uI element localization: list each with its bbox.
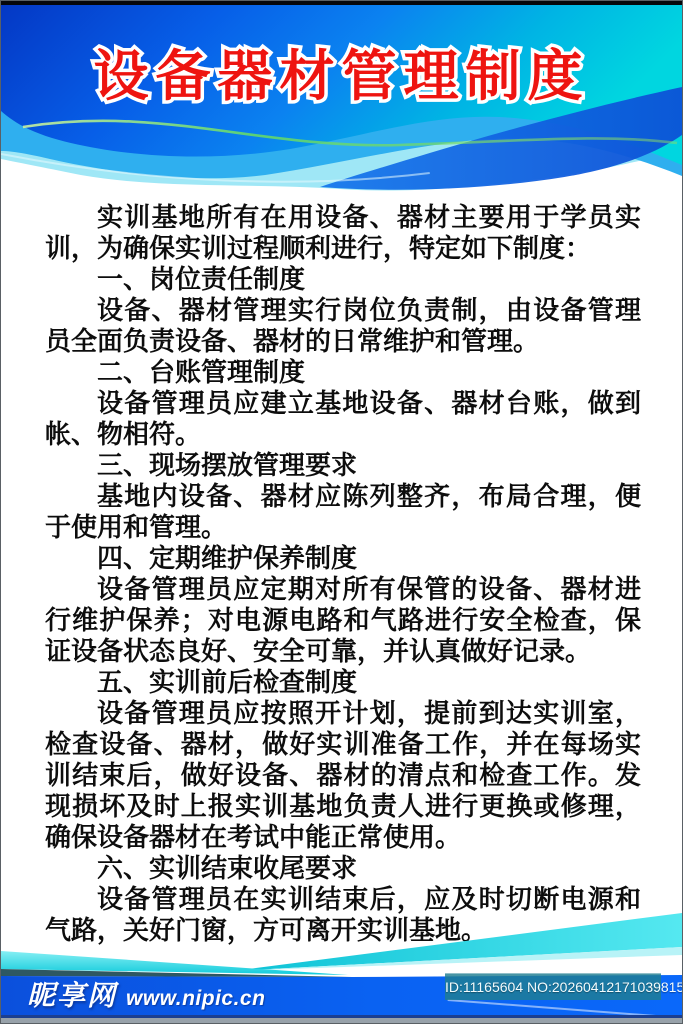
section-2-heading: 二、台账管理制度: [45, 357, 641, 388]
poster-header: 设备器材管理制度 设备器材管理制度: [1, 1, 682, 201]
section-6-heading: 六、实训结束收尾要求: [45, 853, 641, 884]
section-1-heading: 一、岗位责任制度: [45, 264, 641, 295]
watermark: 昵享网 www.nipic.cn: [27, 974, 265, 1008]
section-3-heading: 三、现场摆放管理要求: [45, 450, 641, 481]
section-5-text: 设备管理员应按照开计划，提前到达实训室，检查设备、器材，做好实训准备工作，并在每…: [45, 698, 641, 853]
section-2-text: 设备管理员应建立基地设备、器材台账，做到帐、物相符。: [45, 388, 641, 450]
page-title: 设备器材管理制度 设备器材管理制度: [1, 41, 682, 117]
poster-footer: 昵享网 www.nipic.cn ID:11165604 NO:20260412…: [1, 899, 682, 1023]
section-4-heading: 四、定期维护保养制度: [45, 543, 641, 574]
poster-root: 设备器材管理制度 设备器材管理制度 实训基地所有在用设备、器材主要用于学员实训，…: [0, 0, 683, 1024]
image-id-badge: ID:11165604 NO:20260412171039815103: [445, 973, 661, 1000]
section-4-text: 设备管理员应定期对所有保管的设备、器材进行维护保养；对电源电路和气路进行安全检查…: [45, 574, 641, 667]
section-3-text: 基地内设备、器材应陈列整齐，布局合理，便于使用和管理。: [45, 481, 641, 543]
section-1-text: 设备、器材管理实行岗位负责制，由设备管理员全面负责设备、器材的日常维护和管理。: [45, 295, 641, 357]
page-title-text: 设备器材管理制度: [1, 41, 682, 111]
poster-body: 实训基地所有在用设备、器材主要用于学员实训，为确保实训过程顺利进行，特定如下制度…: [45, 202, 641, 946]
section-5-heading: 五、实训前后检查制度: [45, 667, 641, 698]
watermark-brand-logo: 昵享网: [27, 974, 117, 1014]
watermark-url: www.nipic.cn: [126, 987, 265, 1011]
intro-paragraph: 实训基地所有在用设备、器材主要用于学员实训，为确保实训过程顺利进行，特定如下制度…: [45, 202, 641, 264]
